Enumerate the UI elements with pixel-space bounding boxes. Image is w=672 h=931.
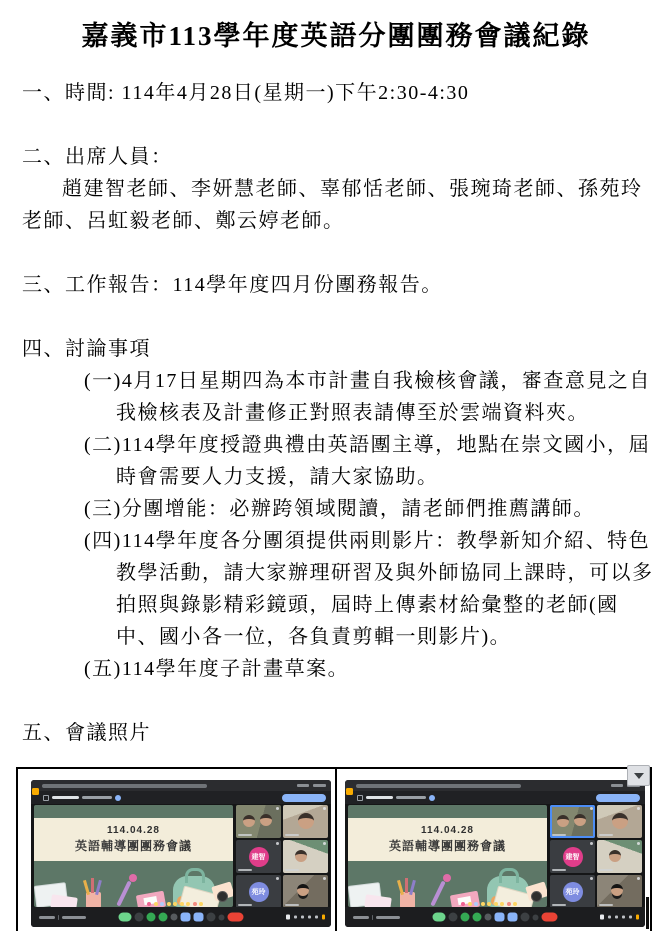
participant-grid: 建智 苑玲: [236, 805, 328, 907]
meet-header-bar: [31, 791, 331, 804]
pencil-icon: [397, 880, 404, 895]
speaker-toggle-icon: [115, 795, 121, 801]
presenting-tab-icon: [346, 788, 353, 795]
browser-titlebar: [345, 780, 645, 791]
celebrate-reaction-icon: [160, 902, 164, 906]
activities-icon: [629, 915, 633, 919]
slide-title-band: 114.04.28 英語輔導團團務會議: [348, 818, 547, 861]
participant-avatar-tile: 建智: [236, 840, 281, 873]
more-options-button: [171, 914, 178, 921]
avatar: 苑玲: [563, 882, 583, 902]
heart-reaction-icon: [461, 902, 465, 906]
laugh-reaction-icon: [487, 902, 491, 906]
mic-status-icon: [637, 807, 640, 810]
participant-name-label: [599, 869, 613, 872]
mic-button: [119, 913, 132, 922]
mic-status-icon: [276, 877, 279, 880]
host-controls-icon: [322, 915, 326, 920]
meet-right-panel-icons: [286, 915, 325, 920]
flower-icon: [129, 874, 137, 882]
mic-status-icon: [590, 877, 593, 880]
presenting-tab-icon: [32, 788, 39, 795]
participant-face: [298, 813, 314, 829]
participant-video-tile: [283, 840, 328, 873]
chevron-down-icon: [634, 773, 644, 779]
meeting-photo-cell-2: 114.04.28 英語輔導團團務會議: [337, 769, 650, 931]
reactions-button: [473, 913, 482, 922]
slide-page-badge: [217, 891, 228, 902]
reaction-icon: [513, 902, 517, 906]
think-reaction-icon: [193, 902, 197, 906]
heart-reaction-icon: [147, 902, 151, 906]
meet-header-bar: [345, 791, 645, 804]
participant-video-tile: [597, 805, 642, 838]
header-action-button: [282, 794, 326, 802]
avatar: 苑玲: [249, 882, 269, 902]
presenter-name-text: [52, 796, 79, 800]
reaction-icon: [199, 902, 203, 906]
call-controls: [433, 913, 558, 922]
meet-control-bar: [345, 907, 645, 927]
document-body: 一、時間: 114年4月28日(星期一)下午2:30-4:30 二、出席人員： …: [0, 77, 672, 749]
blank-line: [22, 237, 650, 269]
meet-screenshot-1[interactable]: 114.04.28 英語輔導團團務會議: [31, 780, 331, 927]
camera-button: [135, 913, 144, 922]
pen-icon: [116, 880, 131, 906]
mic-status-icon: [323, 807, 326, 810]
note-icon: [50, 894, 78, 907]
participant-name-label: [552, 904, 566, 907]
raise-hand-button: [194, 913, 204, 922]
work-report-line: 三、工作報告：114學年度四月份團務報告。: [22, 269, 650, 301]
slide-illustration: [34, 866, 233, 907]
discussion-item-4c: 拍照與錄影精彩鏡頭，屆時上傳素材給彙整的老師(國: [22, 589, 650, 621]
grid-icon: [43, 795, 49, 801]
mic-status-icon: [276, 807, 279, 810]
host-controls-icon: [636, 915, 640, 920]
speaker-toggle-icon: [429, 795, 435, 801]
menu-button: [521, 913, 530, 922]
participant-name-label: [285, 904, 299, 907]
discussion-item-2b: 時會需要人力支援，請大家協助。: [22, 461, 650, 493]
header-action-button: [596, 794, 640, 802]
participant-name-label: [285, 869, 299, 872]
participant-face: [297, 884, 309, 896]
slide-title-band: 114.04.28 英語輔導團團務會議: [34, 818, 233, 861]
participant-name-label: [552, 834, 566, 837]
participant-name-label: [238, 904, 252, 907]
meet-right-panel-icons: [600, 915, 639, 920]
presenter-name-text: [366, 796, 393, 800]
discussion-item-1a: (一)4月17日星期四為本市計畫自我檢核會議，審查意見之自: [22, 365, 650, 397]
participant-name-label: [238, 869, 252, 872]
shared-slide: 114.04.28 英語輔導團團務會議: [348, 805, 547, 907]
discussion-item-5: (五)114學年度子計畫草案。: [22, 653, 650, 685]
more-options-button: [485, 914, 492, 921]
window-controls: [297, 784, 309, 787]
participant-grid: 建智 苑玲: [550, 805, 642, 907]
camera-button: [449, 913, 458, 922]
people-icon: [615, 915, 619, 919]
meeting-photo-table: 114.04.28 英語輔導團團務會議: [16, 767, 652, 931]
browser-titlebar: [31, 780, 331, 791]
participant-video-tile: [283, 805, 328, 838]
scroll-dropdown-button[interactable]: [627, 765, 650, 786]
attendees-names-2: 老師、呂虹毅老師、鄭云婷老師。: [22, 205, 650, 237]
photos-heading: 五、會議照片: [22, 717, 650, 749]
presenting-label: [43, 795, 121, 801]
presentation-mode-text: [396, 796, 426, 799]
activities-icon: [315, 915, 319, 919]
participant-name-label: [552, 869, 566, 872]
participant-avatar-tile: 建智: [550, 840, 595, 873]
meet-control-bar: [31, 907, 331, 927]
grid-icon: [357, 795, 363, 801]
surprise-reaction-icon: [494, 902, 498, 906]
flower-icon: [443, 874, 451, 882]
info-icon: [608, 915, 612, 919]
people-icon: [301, 915, 305, 919]
menu-button: [207, 913, 216, 922]
meeting-time-code: [353, 915, 400, 920]
hangup-button: [228, 913, 244, 922]
window-controls: [611, 784, 623, 787]
participant-face: [611, 884, 623, 896]
mic-status-icon: [637, 877, 640, 880]
dot-button: [219, 914, 225, 920]
browser-tab-title: [356, 784, 521, 788]
blank-line: [22, 301, 650, 333]
mic-status-icon: [323, 877, 326, 880]
mic-status-icon: [276, 842, 279, 845]
document-page: 嘉義市113學年度英語分團團務會議紀錄 一、時間: 114年4月28日(星期一)…: [0, 0, 672, 931]
surprise-reaction-icon: [180, 902, 184, 906]
pen-icon: [430, 880, 445, 906]
sad-reaction-icon: [500, 902, 504, 906]
mic-status-icon: [590, 842, 593, 845]
meet-main-area: 114.04.28 英語輔導團團務會議: [31, 804, 331, 907]
slide-illustration: [348, 866, 547, 907]
participant-video-tile: [597, 875, 642, 908]
document-title: 嘉義市113學年度英語分團團務會議紀錄: [0, 0, 672, 53]
slide-title: 英語輔導團團務會議: [389, 837, 506, 854]
discussion-item-2a: (二)114學年度授證典禮由英語團主導，地點在崇文國小，屆: [22, 429, 650, 461]
present-button: [495, 913, 505, 922]
clap-reaction-icon: [481, 902, 485, 906]
meeting-photo-cell-1: 114.04.28 英語輔導團團務會議: [18, 769, 337, 931]
participant-video-tile: [236, 805, 281, 838]
thumbsup-reaction-icon: [468, 902, 472, 906]
pencil-icon: [91, 878, 94, 893]
participant-face: [295, 850, 307, 862]
slide-title: 英語輔導團團務會議: [75, 837, 192, 854]
call-controls: [119, 913, 244, 922]
participant-name-label: [285, 834, 299, 837]
blank-line: [22, 109, 650, 141]
table-resize-handle: [646, 897, 649, 929]
captions-button: [461, 913, 470, 922]
slide-date: 114.04.28: [107, 825, 160, 836]
discussion-item-1b: 我檢核表及計畫修正對照表請傳至於雲端資料夾。: [22, 397, 650, 429]
participant-name-label: [599, 904, 613, 907]
participant-count: [286, 915, 290, 920]
info-icon: [294, 915, 298, 919]
discussion-item-4b: 教學活動，請大家辦理研習及與外師協同上課時，可以多: [22, 557, 650, 589]
discussion-item-4a: (四)114學年度各分團須提供兩則影片：教學新知介紹、特色: [22, 525, 650, 557]
presentation-mode-text: [82, 796, 112, 799]
participant-avatar-tile: 苑玲: [550, 875, 595, 908]
meet-screenshot-2[interactable]: 114.04.28 英語輔導團團務會議: [345, 780, 645, 927]
sad-reaction-icon: [186, 902, 190, 906]
participant-face: [612, 813, 628, 829]
dot-button: [533, 914, 539, 920]
mic-status-icon: [590, 807, 593, 810]
participant-face: [243, 815, 255, 827]
browser-tab-title: [42, 784, 207, 788]
participant-name-label: [599, 834, 613, 837]
attendees-names-1: 趙建智老師、李妍慧老師、辜郁恬老師、張琬琦老師、孫苑玲: [22, 173, 650, 205]
window-controls: [313, 784, 326, 787]
meeting-time-code: [39, 915, 86, 920]
clap-reaction-icon: [167, 902, 171, 906]
discussion-heading: 四、討論事項: [22, 333, 650, 365]
participant-name-label: [238, 834, 252, 837]
pencil-icon: [83, 880, 90, 895]
participant-face: [260, 814, 272, 826]
pencil-icon: [405, 878, 408, 893]
slide-page-badge: [531, 891, 542, 902]
chat-icon: [308, 915, 312, 919]
blank-line: [22, 685, 650, 717]
mic-status-icon: [637, 842, 640, 845]
participant-face: [557, 815, 569, 827]
participant-face: [574, 814, 586, 826]
discussion-item-4d: 中、國小各一位，各負責剪輯一則影片)。: [22, 621, 650, 653]
avatar: 建智: [563, 847, 583, 867]
thumbsup-reaction-icon: [154, 902, 158, 906]
present-button: [181, 913, 191, 922]
time-line: 一、時間: 114年4月28日(星期一)下午2:30-4:30: [22, 77, 650, 109]
mic-status-icon: [323, 842, 326, 845]
reactions-bar: [461, 902, 517, 906]
participant-avatar-tile: 苑玲: [236, 875, 281, 908]
raise-hand-button: [508, 913, 518, 922]
presenting-label: [357, 795, 435, 801]
participant-count: [600, 915, 604, 920]
celebrate-reaction-icon: [474, 902, 478, 906]
discussion-item-3: (三)分團增能：必辦跨領域閱讀，請老師們推薦講師。: [22, 493, 650, 525]
meet-main-area: 114.04.28 英語輔導團團務會議: [345, 804, 645, 907]
chat-icon: [622, 915, 626, 919]
mic-button: [433, 913, 446, 922]
attendees-heading: 二、出席人員：: [22, 141, 650, 173]
note-icon: [364, 894, 392, 907]
think-reaction-icon: [507, 902, 511, 906]
participant-video-tile: [597, 840, 642, 873]
participant-video-tile-active: [550, 805, 595, 838]
reactions-button: [159, 913, 168, 922]
shared-slide: 114.04.28 英語輔導團團務會議: [34, 805, 233, 907]
participant-face: [609, 850, 621, 862]
reactions-bar: [147, 902, 203, 906]
participant-video-tile: [283, 875, 328, 908]
captions-button: [147, 913, 156, 922]
hangup-button: [542, 913, 558, 922]
slide-date: 114.04.28: [421, 825, 474, 836]
laugh-reaction-icon: [173, 902, 177, 906]
avatar: 建智: [249, 847, 269, 867]
